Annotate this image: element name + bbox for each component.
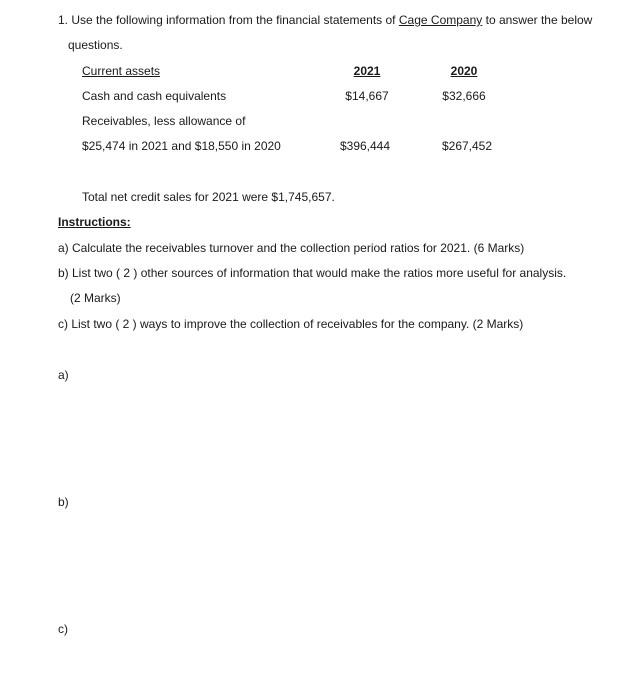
table-header-2021: 2021	[327, 63, 407, 79]
instruction-a: a) Calculate the receivables turnover an…	[58, 240, 524, 256]
table-row-label: $25,474 in 2021 and $18,550 in 2020	[82, 138, 281, 154]
table-header-2020: 2020	[424, 63, 504, 79]
table-row-label: Cash and cash equivalents	[82, 88, 226, 104]
company-name: Cage Company	[399, 13, 482, 27]
intro-text: Use the following information from the f…	[71, 13, 395, 27]
table-row-label: Receivables, less allowance of	[82, 113, 245, 129]
question-intro-line2: questions.	[68, 37, 123, 53]
instruction-b-marks: (2 Marks)	[70, 290, 121, 306]
instruction-c: c) List two ( 2 ) ways to improve the co…	[58, 316, 523, 332]
table-cell-2020: $267,452	[427, 138, 507, 154]
answer-c-label: c)	[58, 621, 68, 637]
intro-text-cont: to answer the below	[486, 13, 593, 27]
instruction-b: b) List two ( 2 ) other sources of infor…	[58, 265, 566, 281]
credit-sales-note: Total net credit sales for 2021 were $1,…	[82, 189, 335, 205]
table-cell-2021: $396,444	[325, 138, 405, 154]
answer-b-label: b)	[58, 494, 69, 510]
table-cell-2020: $32,666	[424, 88, 504, 104]
question-number: 1.	[58, 13, 68, 27]
instructions-heading: Instructions:	[58, 214, 131, 230]
question-intro-line1: 1. Use the following information from th…	[58, 12, 592, 28]
table-cell-2021: $14,667	[327, 88, 407, 104]
table-header-label: Current assets	[82, 63, 160, 79]
answer-a-label: a)	[58, 367, 69, 383]
